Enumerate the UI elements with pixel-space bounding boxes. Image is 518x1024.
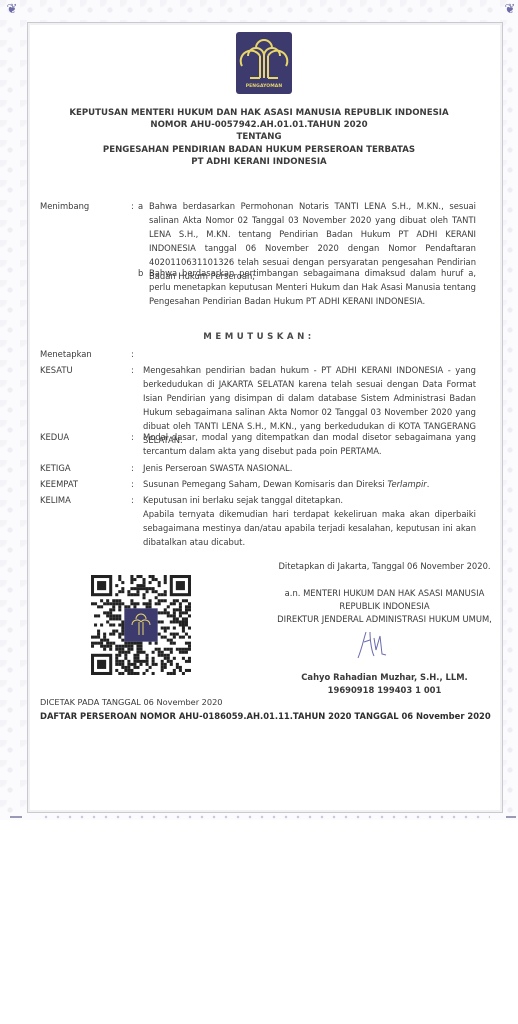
decision-text-line2: Apabila ternyata dikemudian hari terdapa… <box>143 507 476 549</box>
decision-text-italic: Terlampir <box>387 479 426 489</box>
pengayoman-tree-icon <box>236 32 292 84</box>
colon: : <box>131 363 134 377</box>
handwritten-signature-icon <box>350 628 390 664</box>
on-behalf-line-1: a.n. MENTERI HUKUM DAN HAK ASASI MANUSIA <box>262 587 507 600</box>
decree-number: NOMOR AHU-0057942.AH.01.01.TAHUN 2020 <box>30 119 488 131</box>
decision-text: Susunan Pemegang Saham, Dewan Komisaris … <box>143 477 476 491</box>
signatory-info: Cahyo Rahadian Muzhar, S.H., LLM. 196909… <box>262 671 507 697</box>
decree-title: KEPUTUSAN MENTERI HUKUM DAN HAK ASASI MA… <box>30 107 488 168</box>
company-name: PT ADHI KERANI INDONESIA <box>30 156 488 168</box>
decision-label: KETIGA <box>40 461 71 475</box>
decision-label: KEEMPAT <box>40 477 78 491</box>
colon: : <box>131 461 134 475</box>
colon: : <box>131 477 134 491</box>
colon: : <box>131 199 134 213</box>
qr-code-icon[interactable] <box>91 575 191 675</box>
decision-label: KEDUA <box>40 430 69 444</box>
title-line-1: KEPUTUSAN MENTERI HUKUM DAN HAK ASASI MA… <box>30 107 488 119</box>
decision-text: Jenis Perseroan SWASTA NASIONAL. <box>143 461 476 475</box>
menimbang-section: Menimbang : a Bahwa berdasarkan Permohon… <box>0 199 518 269</box>
decision-text-tail: . <box>427 479 430 489</box>
bottom-ornament-strip <box>40 815 490 819</box>
memutuskan-heading: MEMUTUSKAN: <box>0 332 518 342</box>
registry-number: DAFTAR PERSEROAN NOMOR AHU-0186059.AH.01… <box>40 711 491 721</box>
place-date: Ditetapkan di Jakarta, Tanggal 06 Novemb… <box>262 560 507 573</box>
title-line-3: TENTANG <box>30 131 488 143</box>
decision-label: Menetapkan <box>40 347 92 361</box>
menimbang-label: Menimbang <box>40 199 89 213</box>
on-behalf-line-2: REPUBLIK INDONESIA <box>262 600 507 613</box>
item-letter-a: a <box>138 199 143 213</box>
signatory-block: a.n. MENTERI HUKUM DAN HAK ASASI MANUSIA… <box>262 587 507 626</box>
corner-ornament-icon: ❦ <box>503 3 517 17</box>
item-letter-b: b <box>138 266 143 280</box>
bottom-right-mark <box>506 816 516 818</box>
bottom-left-mark <box>10 816 22 818</box>
signatory-nip: 19690918 199403 1 001 <box>262 684 507 697</box>
decision-text: Keputusan ini berlaku sejak tanggal dite… <box>143 493 476 549</box>
corner-ornament-icon: ❦ <box>5 3 19 17</box>
decision-label: KESATU <box>40 363 73 377</box>
printed-date: DICETAK PADA TANGGAL 06 November 2020 <box>40 697 223 707</box>
menimbang-item-b: Bahwa berdasarkan pertimbangan sebagaima… <box>149 266 476 308</box>
title-line-4: PENGESAHAN PENDIRIAN BADAN HUKUM PERSERO… <box>30 144 488 156</box>
decision-text-main: Susunan Pemegang Saham, Dewan Komisaris … <box>143 479 387 489</box>
colon: : <box>131 493 134 507</box>
colon: : <box>131 347 134 361</box>
decision-text-line1: Keputusan ini berlaku sejak tanggal dite… <box>143 493 476 507</box>
menimbang-item-b-row: b Bahwa berdasarkan pertimbangan sebagai… <box>0 266 518 311</box>
pengayoman-logo: PENGAYOMAN <box>236 32 292 94</box>
colon: : <box>131 430 134 444</box>
signatory-name: Cahyo Rahadian Muzhar, S.H., LLM. <box>262 671 507 684</box>
logo-caption: PENGAYOMAN <box>236 84 292 89</box>
decision-text: Modal dasar, modal yang ditempatkan dan … <box>143 430 476 458</box>
decision-label: KELIMA <box>40 493 71 507</box>
on-behalf-line-3: DIREKTUR JENDERAL ADMINISTRASI HUKUM UMU… <box>262 613 507 626</box>
